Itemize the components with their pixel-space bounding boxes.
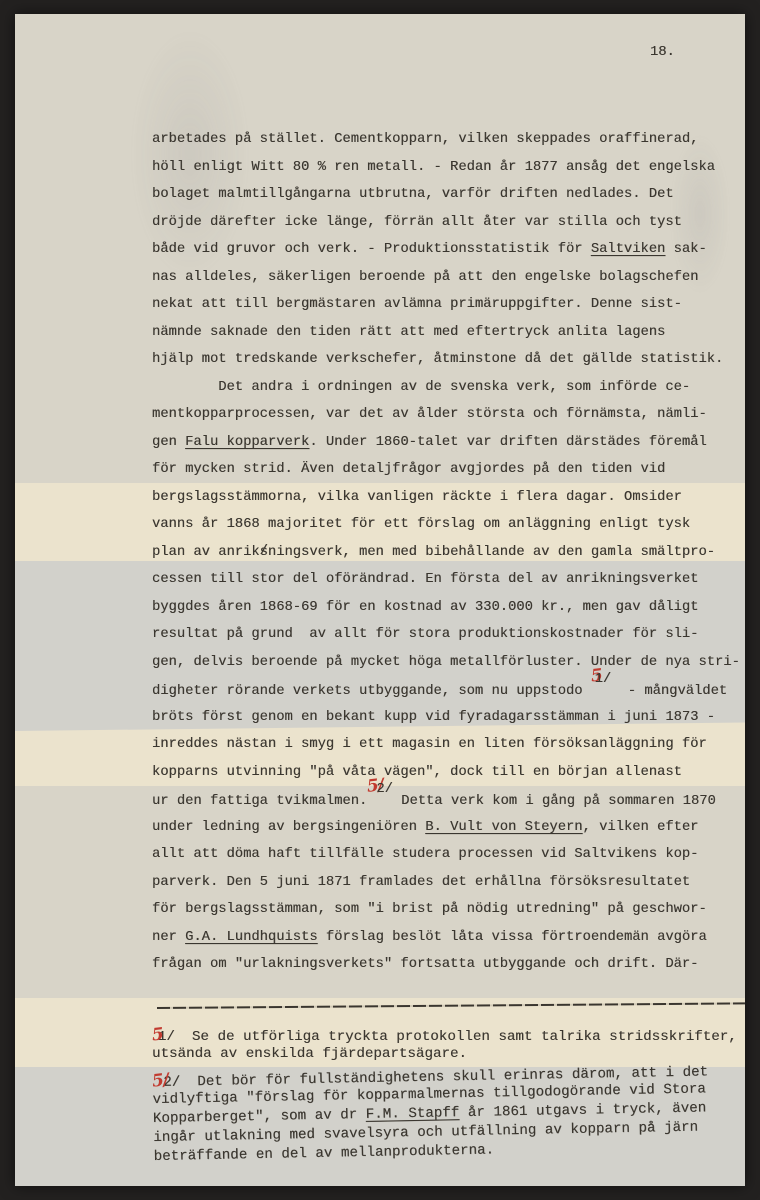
text-segment: gen, delvis beroende på mycket höga meta… bbox=[152, 655, 740, 670]
text-line: allt att döma haft tillfälle studera pro… bbox=[152, 841, 752, 869]
footnote-2: 5/2/ Det bör för fullständighetens skull… bbox=[152, 1061, 710, 1167]
page-background: { "colors":{ "background":"#232120", "pa… bbox=[0, 0, 760, 1200]
text-segment: gen bbox=[152, 435, 185, 450]
text-segment: för mycken strid. Även detaljfrågor avgj… bbox=[152, 462, 665, 477]
text-segment: . Under 1860-talet var driften därstädes… bbox=[309, 435, 706, 450]
text-line: nas alldeles, säkerligen beroende på att… bbox=[152, 264, 752, 292]
text-line: resultat på grund av allt för stora prod… bbox=[152, 621, 752, 649]
text-line: digheter rörande verkets utbyggande, som… bbox=[152, 676, 752, 704]
text-line: frågan om "urlakningsverkets" fortsatta … bbox=[152, 951, 752, 979]
text-segment: G.A. Lundhquists bbox=[185, 930, 317, 945]
text-segment: kopparns utvinning "på våta vägen", dock… bbox=[152, 765, 682, 780]
text-line: mentkopparprocessen, var det av ålder st… bbox=[152, 401, 752, 429]
text-segment: dröjde därefter icke länge, förrän allt … bbox=[152, 215, 682, 230]
text-segment: - mångväldet bbox=[611, 684, 727, 699]
text-line: för bergslagsstämman, som "i brist på nö… bbox=[152, 896, 752, 924]
text-line: inreddes nästan i smyg i ett magasin en … bbox=[152, 731, 752, 759]
text-segment: ner bbox=[152, 930, 185, 945]
text-line: höll enligt Witt 80 % ren metall. - Reda… bbox=[152, 154, 752, 182]
text-segment: , vilken efter bbox=[583, 820, 699, 835]
text-line: cessen till stor del oförändrad. En förs… bbox=[152, 566, 752, 594]
text-segment: plan av anrik bbox=[152, 545, 260, 560]
text-segment: B. Vult von Steyern bbox=[425, 820, 582, 835]
text-line: arbetades på stället. Cementkopparn, vil… bbox=[152, 126, 752, 154]
text-segment: vanns år 1868 majoritet för ett förslag … bbox=[152, 517, 690, 532]
text-segment: sak- bbox=[665, 242, 706, 257]
text-line: kopparns utvinning "på våta vägen", dock… bbox=[152, 759, 752, 787]
text-line: vanns år 1868 majoritet för ett förslag … bbox=[152, 511, 752, 539]
text-line: Det andra i ordningen av de svenska verk… bbox=[152, 374, 752, 402]
text-line: dröjde därefter icke länge, förrän allt … bbox=[152, 209, 752, 237]
text-segment: förslag beslöt låta vissa förtroendemän … bbox=[318, 930, 707, 945]
text-segment: cessen till stor del oförändrad. En förs… bbox=[152, 572, 698, 587]
text-line: ner G.A. Lundhquists förslag beslöt låta… bbox=[152, 924, 752, 952]
text-line: 51/ Se de utförliga tryckta protokollen … bbox=[152, 1026, 737, 1045]
text-segment: ur den fattiga tvikmalmen. bbox=[152, 794, 367, 809]
scanned-page: 18. arbetades på stället. Cementkopparn,… bbox=[15, 14, 745, 1186]
text-segment: 1/ bbox=[595, 672, 612, 687]
text-segment: Saltviken bbox=[591, 242, 666, 257]
text-segment: år 1861 utgavs i tryck, även bbox=[459, 1100, 706, 1121]
text-segment: bergslagsstämmorna, vilka vanligen räckt… bbox=[152, 490, 682, 505]
text-segment: Falu kopparverk bbox=[185, 435, 309, 450]
text-segment: utsända av enskilda fjärdepartsägare. bbox=[152, 1046, 467, 1062]
text-line: bolaget malmtillgångarna utbrutna, varfö… bbox=[152, 181, 752, 209]
text-segment: parverk. Den 5 juni 1871 framlades det e… bbox=[152, 875, 690, 890]
text-segment: byggdes åren 1868-69 för en kostnad av 3… bbox=[152, 600, 698, 615]
text-segment: 2/ bbox=[376, 782, 393, 797]
text-segment: s bbox=[260, 539, 268, 567]
text-segment: digheter rörande verkets utbyggande, som… bbox=[152, 684, 591, 699]
text-segment: inreddes nästan i smyg i ett magasin en … bbox=[152, 737, 707, 752]
text-line: nekat att till bergmästaren avlämna prim… bbox=[152, 291, 752, 319]
text-segment: hjälp mot tredskande verkschefer, åtmins… bbox=[152, 352, 723, 367]
text-line: gen, delvis beroende på mycket höga meta… bbox=[152, 649, 752, 677]
text-segment: arbetades på stället. Cementkopparn, vil… bbox=[152, 132, 698, 147]
text-line: utsända av enskilda fjärdepartsägare. bbox=[152, 1045, 737, 1064]
text-segment: bolaget malmtillgångarna utbrutna, varfö… bbox=[152, 187, 674, 202]
text-segment: mentkopparprocessen, var det av ålder st… bbox=[152, 407, 707, 422]
text-segment: resultat på grund av allt för stora prod… bbox=[152, 627, 698, 642]
red-annotation: 5 bbox=[151, 1025, 164, 1045]
text-segment: under ledning av bergsingeniören bbox=[152, 820, 425, 835]
text-segment: nekat att till bergmästaren avlämna prim… bbox=[152, 297, 682, 312]
text-line: ur den fattiga tvikmalmen.5/2/ Detta ver… bbox=[152, 786, 752, 814]
text-segment: Kopparberget", som av dr bbox=[153, 1107, 366, 1127]
text-segment: höll enligt Witt 80 % ren metall. - Reda… bbox=[152, 160, 715, 175]
text-line: byggdes åren 1868-69 för en kostnad av 3… bbox=[152, 594, 752, 622]
text-segment: ningsverk, men med bibehållande av den g… bbox=[268, 545, 715, 560]
page-number: 18. bbox=[650, 45, 675, 60]
text-line: parverk. Den 5 juni 1871 framlades det e… bbox=[152, 869, 752, 897]
text-line: bröts först genom en bekant kupp vid fyr… bbox=[152, 704, 752, 732]
text-segment: Detta verk kom i gång på sommaren 1870 bbox=[393, 794, 716, 809]
text-line: gen Falu kopparverk. Under 1860-talet va… bbox=[152, 429, 752, 457]
text-line: både vid gruvor och verk. - Produktionss… bbox=[152, 236, 752, 264]
text-segment: Det andra i ordningen av de svenska verk… bbox=[152, 380, 690, 395]
text-segment: för bergslagsstämman, som "i brist på nö… bbox=[152, 902, 707, 917]
footnote-1: 51/ Se de utförliga tryckta protokollen … bbox=[152, 1026, 737, 1064]
text-line: nämnde saknade den tiden rätt att med ef… bbox=[152, 319, 752, 347]
body-text: arbetades på stället. Cementkopparn, vil… bbox=[152, 126, 752, 979]
text-line: under ledning av bergsingeniören B. Vult… bbox=[152, 814, 752, 842]
text-segment: frågan om "urlakningsverkets" fortsatta … bbox=[152, 957, 698, 972]
text-segment: 1/ Se de utförliga tryckta protokollen s… bbox=[158, 1029, 737, 1045]
text-line: för mycken strid. Även detaljfrågor avgj… bbox=[152, 456, 752, 484]
text-segment: nas alldeles, säkerligen beroende på att… bbox=[152, 270, 698, 285]
text-line: plan av anriksningsverk, men med bibehål… bbox=[152, 539, 752, 567]
text-segment: nämnde saknade den tiden rätt att med ef… bbox=[152, 325, 665, 340]
text-segment: bröts först genom en bekant kupp vid fyr… bbox=[152, 710, 715, 725]
text-segment: F.M. Stapff bbox=[366, 1105, 460, 1123]
text-line: hjälp mot tredskande verkschefer, åtmins… bbox=[152, 346, 752, 374]
red-annotation: 5/ bbox=[151, 1071, 169, 1092]
text-segment: allt att döma haft tillfälle studera pro… bbox=[152, 847, 698, 862]
text-segment: både vid gruvor och verk. - Produktionss… bbox=[152, 242, 591, 257]
text-line: bergslagsstämmorna, vilka vanligen räckt… bbox=[152, 484, 752, 512]
